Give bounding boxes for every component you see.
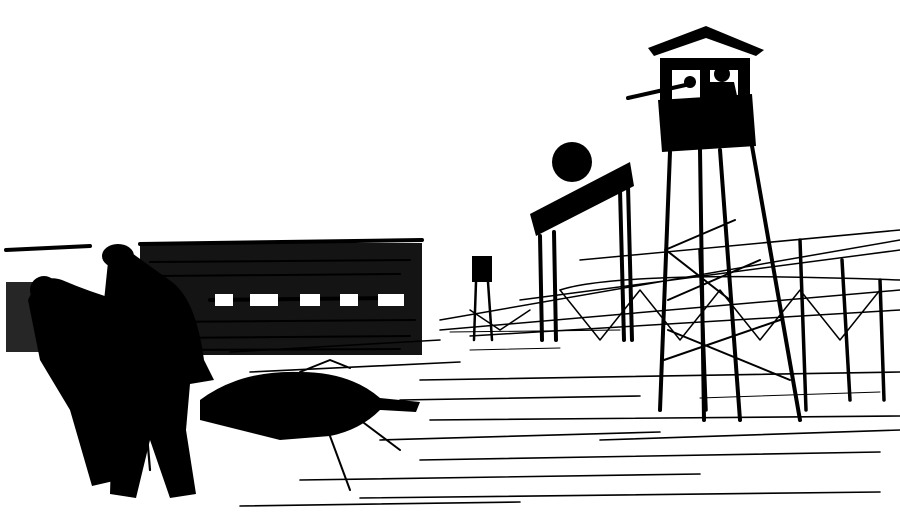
gate-with-emblem <box>530 142 634 340</box>
guard-tower <box>628 26 800 420</box>
barbed-wire-fence <box>440 230 900 410</box>
guard-with-rifle <box>628 66 738 100</box>
gate-emblem <box>552 142 592 182</box>
body-on-ground <box>200 360 420 490</box>
camp-illustration <box>0 0 900 519</box>
